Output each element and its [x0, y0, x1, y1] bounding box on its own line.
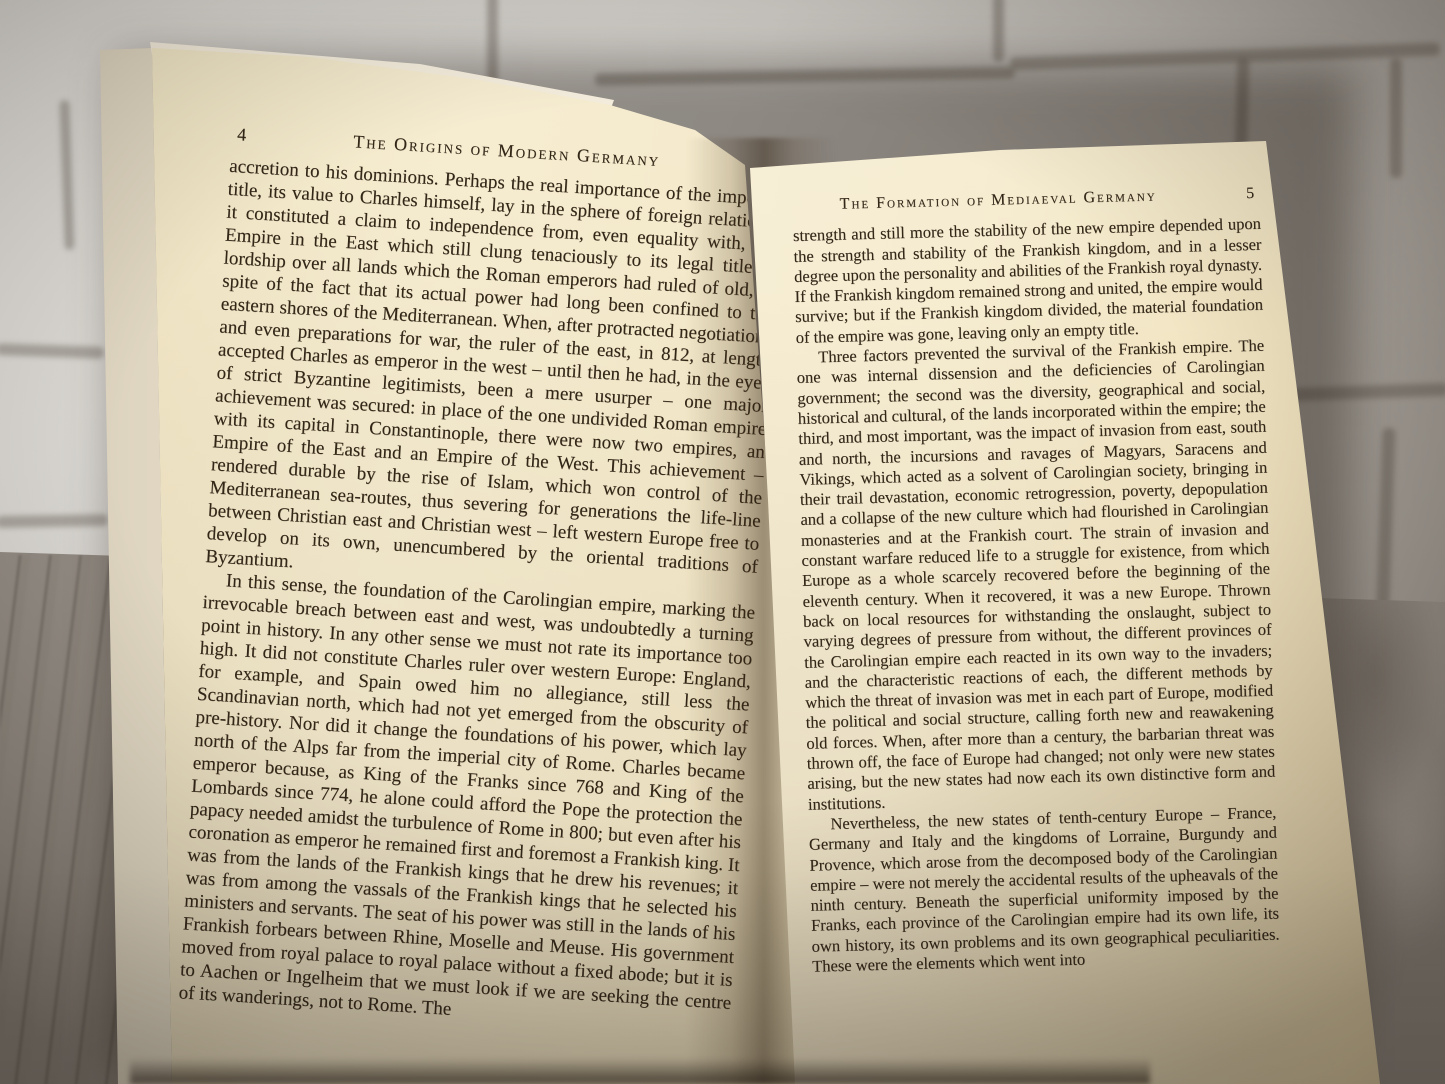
- right-page-paragraph-1: strength and still more the stability of…: [793, 214, 1264, 348]
- right-page-number: 5: [1246, 184, 1257, 205]
- right-page-paragraph-3: Nevertheless, the new states of tenth-ce…: [808, 802, 1280, 977]
- right-running-header-row: The Formation of Mediaeval Germany 5: [792, 184, 1260, 217]
- left-page-paragraph-2: In this sense, the foundation of the Car…: [178, 568, 756, 1038]
- page-bottom-shadow: [130, 1058, 1150, 1084]
- right-page-text: The Formation of Mediaeval Germany 5 str…: [792, 184, 1280, 977]
- right-page-paragraph-2: Three factors prevented the survival of …: [796, 336, 1276, 815]
- photo-open-book-scene: 4 The Origins of Modern Germany accretio…: [0, 0, 1445, 1084]
- right-running-header: The Formation of Mediaeval Germany: [839, 186, 1157, 215]
- left-page-number: 4: [237, 123, 249, 147]
